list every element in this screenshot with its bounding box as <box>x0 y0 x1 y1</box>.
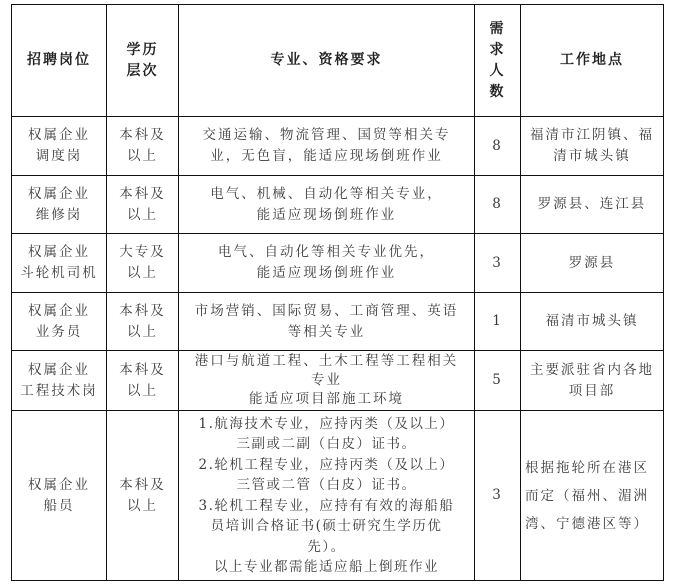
cell-location: 罗源县、连江县 <box>521 176 664 234</box>
table-row: 权属企业 船员 本科及 以上 1.航海技术专业，应持丙类（及以上） 三副或二副（… <box>12 411 664 581</box>
cell-education: 本科及 以上 <box>107 351 179 411</box>
header-position: 招聘岗位 <box>12 5 107 117</box>
table-row: 权属企业 调度岗 本科及 以上 交通运输、物流管理、国贸等相关专 业，无色盲，能… <box>12 117 664 176</box>
cell-count: 5 <box>475 351 521 411</box>
cell-count: 3 <box>475 411 521 581</box>
cell-education: 本科及 以上 <box>107 293 179 351</box>
table-row: 权属企业 业务员 本科及 以上 市场营销、国际贸易、工商管理、英语 等相关专业 … <box>12 293 664 351</box>
table-row: 权属企业 维修岗 本科及 以上 电气、机械、自动化等相关专业， 能适应现场倒班作… <box>12 176 664 234</box>
cell-count: 1 <box>475 293 521 351</box>
cell-requirements: 电气、自动化等相关专业优先， 能适应现场倒班作业 <box>179 234 475 293</box>
header-education: 学历 层次 <box>107 5 179 117</box>
cell-requirements: 港口与航道工程、土木工程等工程相关 专业 能适应项目部施工环境 <box>179 351 475 411</box>
cell-requirements: 1.航海技术专业，应持丙类（及以上） 三副或二副（白皮）证书。 2.轮机工程专业… <box>179 411 475 581</box>
cell-location: 根据拖轮所在港区 而定（福州、湄洲 湾、宁德港区等） <box>521 411 664 581</box>
cell-position: 权属企业 船员 <box>12 411 107 581</box>
cell-education: 本科及 以上 <box>107 411 179 581</box>
cell-count: 3 <box>475 234 521 293</box>
cell-location: 罗源县 <box>521 234 664 293</box>
cell-education: 大专及 以上 <box>107 234 179 293</box>
cell-requirements: 电气、机械、自动化等相关专业， 能适应现场倒班作业 <box>179 176 475 234</box>
table-row: 权属企业 工程技术岗 本科及 以上 港口与航道工程、土木工程等工程相关 专业 能… <box>12 351 664 411</box>
header-count: 需 求 人 数 <box>475 5 521 117</box>
cell-location: 主要派驻省内各地 项目部 <box>521 351 664 411</box>
table-header-row: 招聘岗位 学历 层次 专业、资格要求 需 求 人 数 工作地点 <box>12 5 664 117</box>
cell-education: 本科及 以上 <box>107 176 179 234</box>
cell-count: 8 <box>475 176 521 234</box>
header-requirements: 专业、资格要求 <box>179 5 475 117</box>
cell-count: 8 <box>475 117 521 176</box>
cell-requirements: 市场营销、国际贸易、工商管理、英语 等相关专业 <box>179 293 475 351</box>
recruitment-table: 招聘岗位 学历 层次 专业、资格要求 需 求 人 数 工作地点 权属企业 调度岗… <box>11 4 664 581</box>
header-location: 工作地点 <box>521 5 664 117</box>
cell-position: 权属企业 斗轮机司机 <box>12 234 107 293</box>
cell-position: 权属企业 业务员 <box>12 293 107 351</box>
cell-requirements: 交通运输、物流管理、国贸等相关专 业，无色盲，能适应现场倒班作业 <box>179 117 475 176</box>
cell-position: 权属企业 工程技术岗 <box>12 351 107 411</box>
cell-position: 权属企业 维修岗 <box>12 176 107 234</box>
cell-position: 权属企业 调度岗 <box>12 117 107 176</box>
cell-location: 福清市江阴镇、福 清市城头镇 <box>521 117 664 176</box>
table-row: 权属企业 斗轮机司机 大专及 以上 电气、自动化等相关专业优先， 能适应现场倒班… <box>12 234 664 293</box>
cell-education: 本科及 以上 <box>107 117 179 176</box>
cell-location: 福清市城头镇 <box>521 293 664 351</box>
